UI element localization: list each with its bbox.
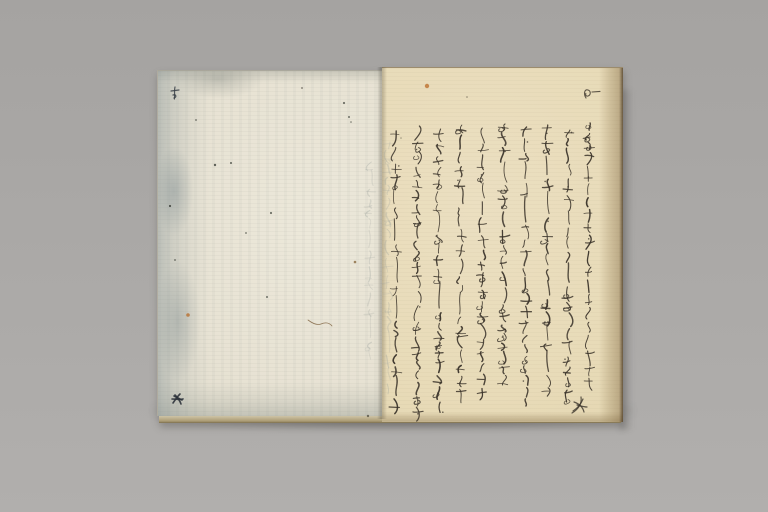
left-page-blank-verso: [157, 70, 383, 416]
right-page-calligraphy: [382, 67, 623, 422]
manuscript-book: [157, 67, 623, 423]
gutter-fold-shadow: [377, 67, 387, 419]
photo-backdrop: { "meta": { "title": "Photograph of an o…: [0, 0, 768, 512]
